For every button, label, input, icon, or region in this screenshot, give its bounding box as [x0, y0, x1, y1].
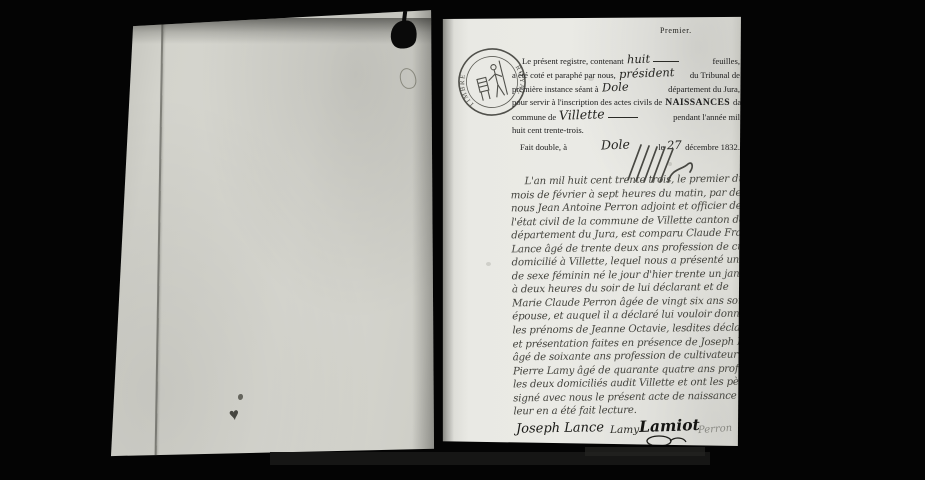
right-page: Premier. TIMBRE ROYAL — [438, 12, 744, 450]
printed-text: première instance séant à — [512, 83, 599, 96]
printed-text: Fait double, à — [520, 141, 567, 154]
printed-text: Le présent registre, contenant — [522, 55, 624, 68]
printed-text: a été coté et paraphé par nous, — [512, 69, 616, 82]
fill-underline — [608, 117, 638, 118]
page-crease — [155, 22, 163, 456]
printed-text: feuilles, — [713, 55, 740, 68]
signature-lamy: Lamy — [610, 424, 639, 436]
sheet-number-label: Premier. — [660, 26, 730, 35]
printed-text: département du Jura, — [668, 83, 740, 96]
handwritten-fill: Villette — [559, 108, 605, 122]
ink-dot — [238, 394, 243, 400]
printed-caps: NAISSANCES — [665, 97, 730, 110]
register-line: huit cent trente-trois. — [512, 124, 740, 137]
fill-underline — [653, 61, 679, 62]
svg-text:TIMBRE: TIMBRE — [455, 70, 477, 110]
register-line: pour servir à l'inscription des actes ci… — [512, 96, 740, 110]
printed-text: du Tribunal de — [690, 69, 740, 82]
handwritten-fill: huit — [626, 53, 650, 67]
stamp-text-left: TIMBRE — [455, 70, 477, 110]
signature-joseph-lance: Joseph Lance — [516, 420, 604, 437]
stain-outline — [398, 67, 417, 90]
scanner-bed-shadow — [585, 447, 705, 456]
printed-text: pendant l'année mil — [673, 111, 740, 124]
printed-text: dans la — [733, 96, 757, 109]
printed-text: huit cent trente-trois. — [512, 124, 584, 137]
register-line: commune de Villette pendant l'année mil — [512, 110, 740, 124]
flourish-ellipse — [644, 433, 688, 448]
heart-doodle: ♥ — [228, 405, 240, 423]
handwritten-fill: président — [619, 66, 675, 81]
paper-stain — [486, 262, 491, 266]
act-line: leur en a été fait lecture. — [513, 403, 747, 419]
stamp-figure — [474, 61, 508, 101]
signature-underline-flourish — [644, 433, 688, 448]
left-page: ♥ — [108, 6, 438, 462]
handwritten-fill: Dole — [601, 80, 628, 94]
printed-text: commune de — [512, 111, 556, 124]
signature-perron: Perron — [698, 423, 733, 436]
ink-blob — [388, 17, 420, 51]
birth-act: L'an mil huit cent trente trois, le prem… — [511, 173, 748, 420]
archive-scan: ♥ Premier. TIMBRE ROYAL — [0, 0, 925, 480]
register-line: première instance séant à Dole départeme… — [512, 82, 740, 96]
